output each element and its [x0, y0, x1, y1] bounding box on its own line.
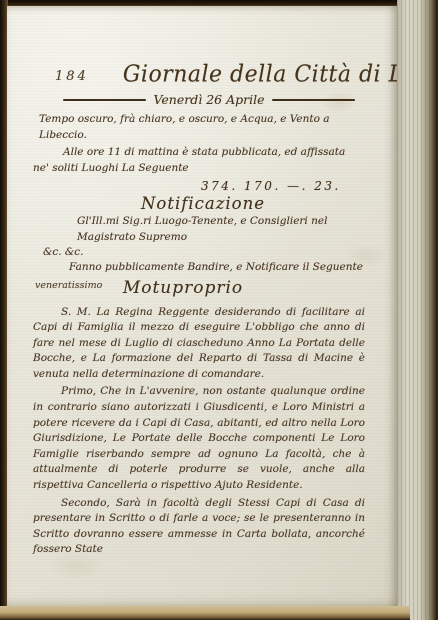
header: 184 Giornale della Città di Livorno [33, 62, 373, 87]
publication-note: Alle ore 11 di mattina è stata pubblicat… [33, 145, 363, 176]
proclamation-line: Fanno pubblicamente Bandire, e Notificar… [33, 260, 363, 276]
rule-right [272, 99, 355, 101]
article-secondo-paragraph: Secondo, Sarà in facoltà degli Stessi Ca… [33, 496, 365, 558]
date-heading: Venerdì 26 Aprile [146, 92, 273, 107]
page-number: 184 [55, 69, 89, 87]
journal-title: Giornale della Città di Livorno [123, 61, 438, 87]
motuproprio-heading: Motuproprio [33, 278, 333, 298]
page-edges-stack-right [397, 0, 438, 620]
date-heading-row: Venerdì 26 Aprile [63, 92, 355, 107]
page-edges-bottom [0, 606, 410, 620]
article-primo-paragraph: Primo, Che in L'avvenire, non ostante qu… [33, 384, 365, 493]
notificazione-heading: Notificazione [33, 194, 373, 213]
motuproprio-heading-row: veneratissimo Motuproprio [33, 278, 373, 304]
preamble-paragraph: S. M. La Regina Reggente desiderando di … [33, 305, 365, 383]
manuscript-page: 184 Giornale della Città di Livorno Vene… [7, 6, 397, 608]
page-content: 184 Giornale della Città di Livorno Vene… [7, 6, 397, 608]
etcetera-abbreviation: &c. &c. [43, 245, 373, 259]
book-scan: 184 Giornale della Città di Livorno Vene… [0, 0, 438, 620]
authority-line: Gl'Ill.mi Sig.ri Luogo-Tenente, e Consig… [77, 214, 373, 245]
weather-note: Tempo oscuro, frà chiaro, e oscuro, e Ac… [39, 112, 369, 143]
rule-left [63, 99, 146, 101]
protocol-numbers: 374. 170. —. 23. [33, 179, 373, 193]
